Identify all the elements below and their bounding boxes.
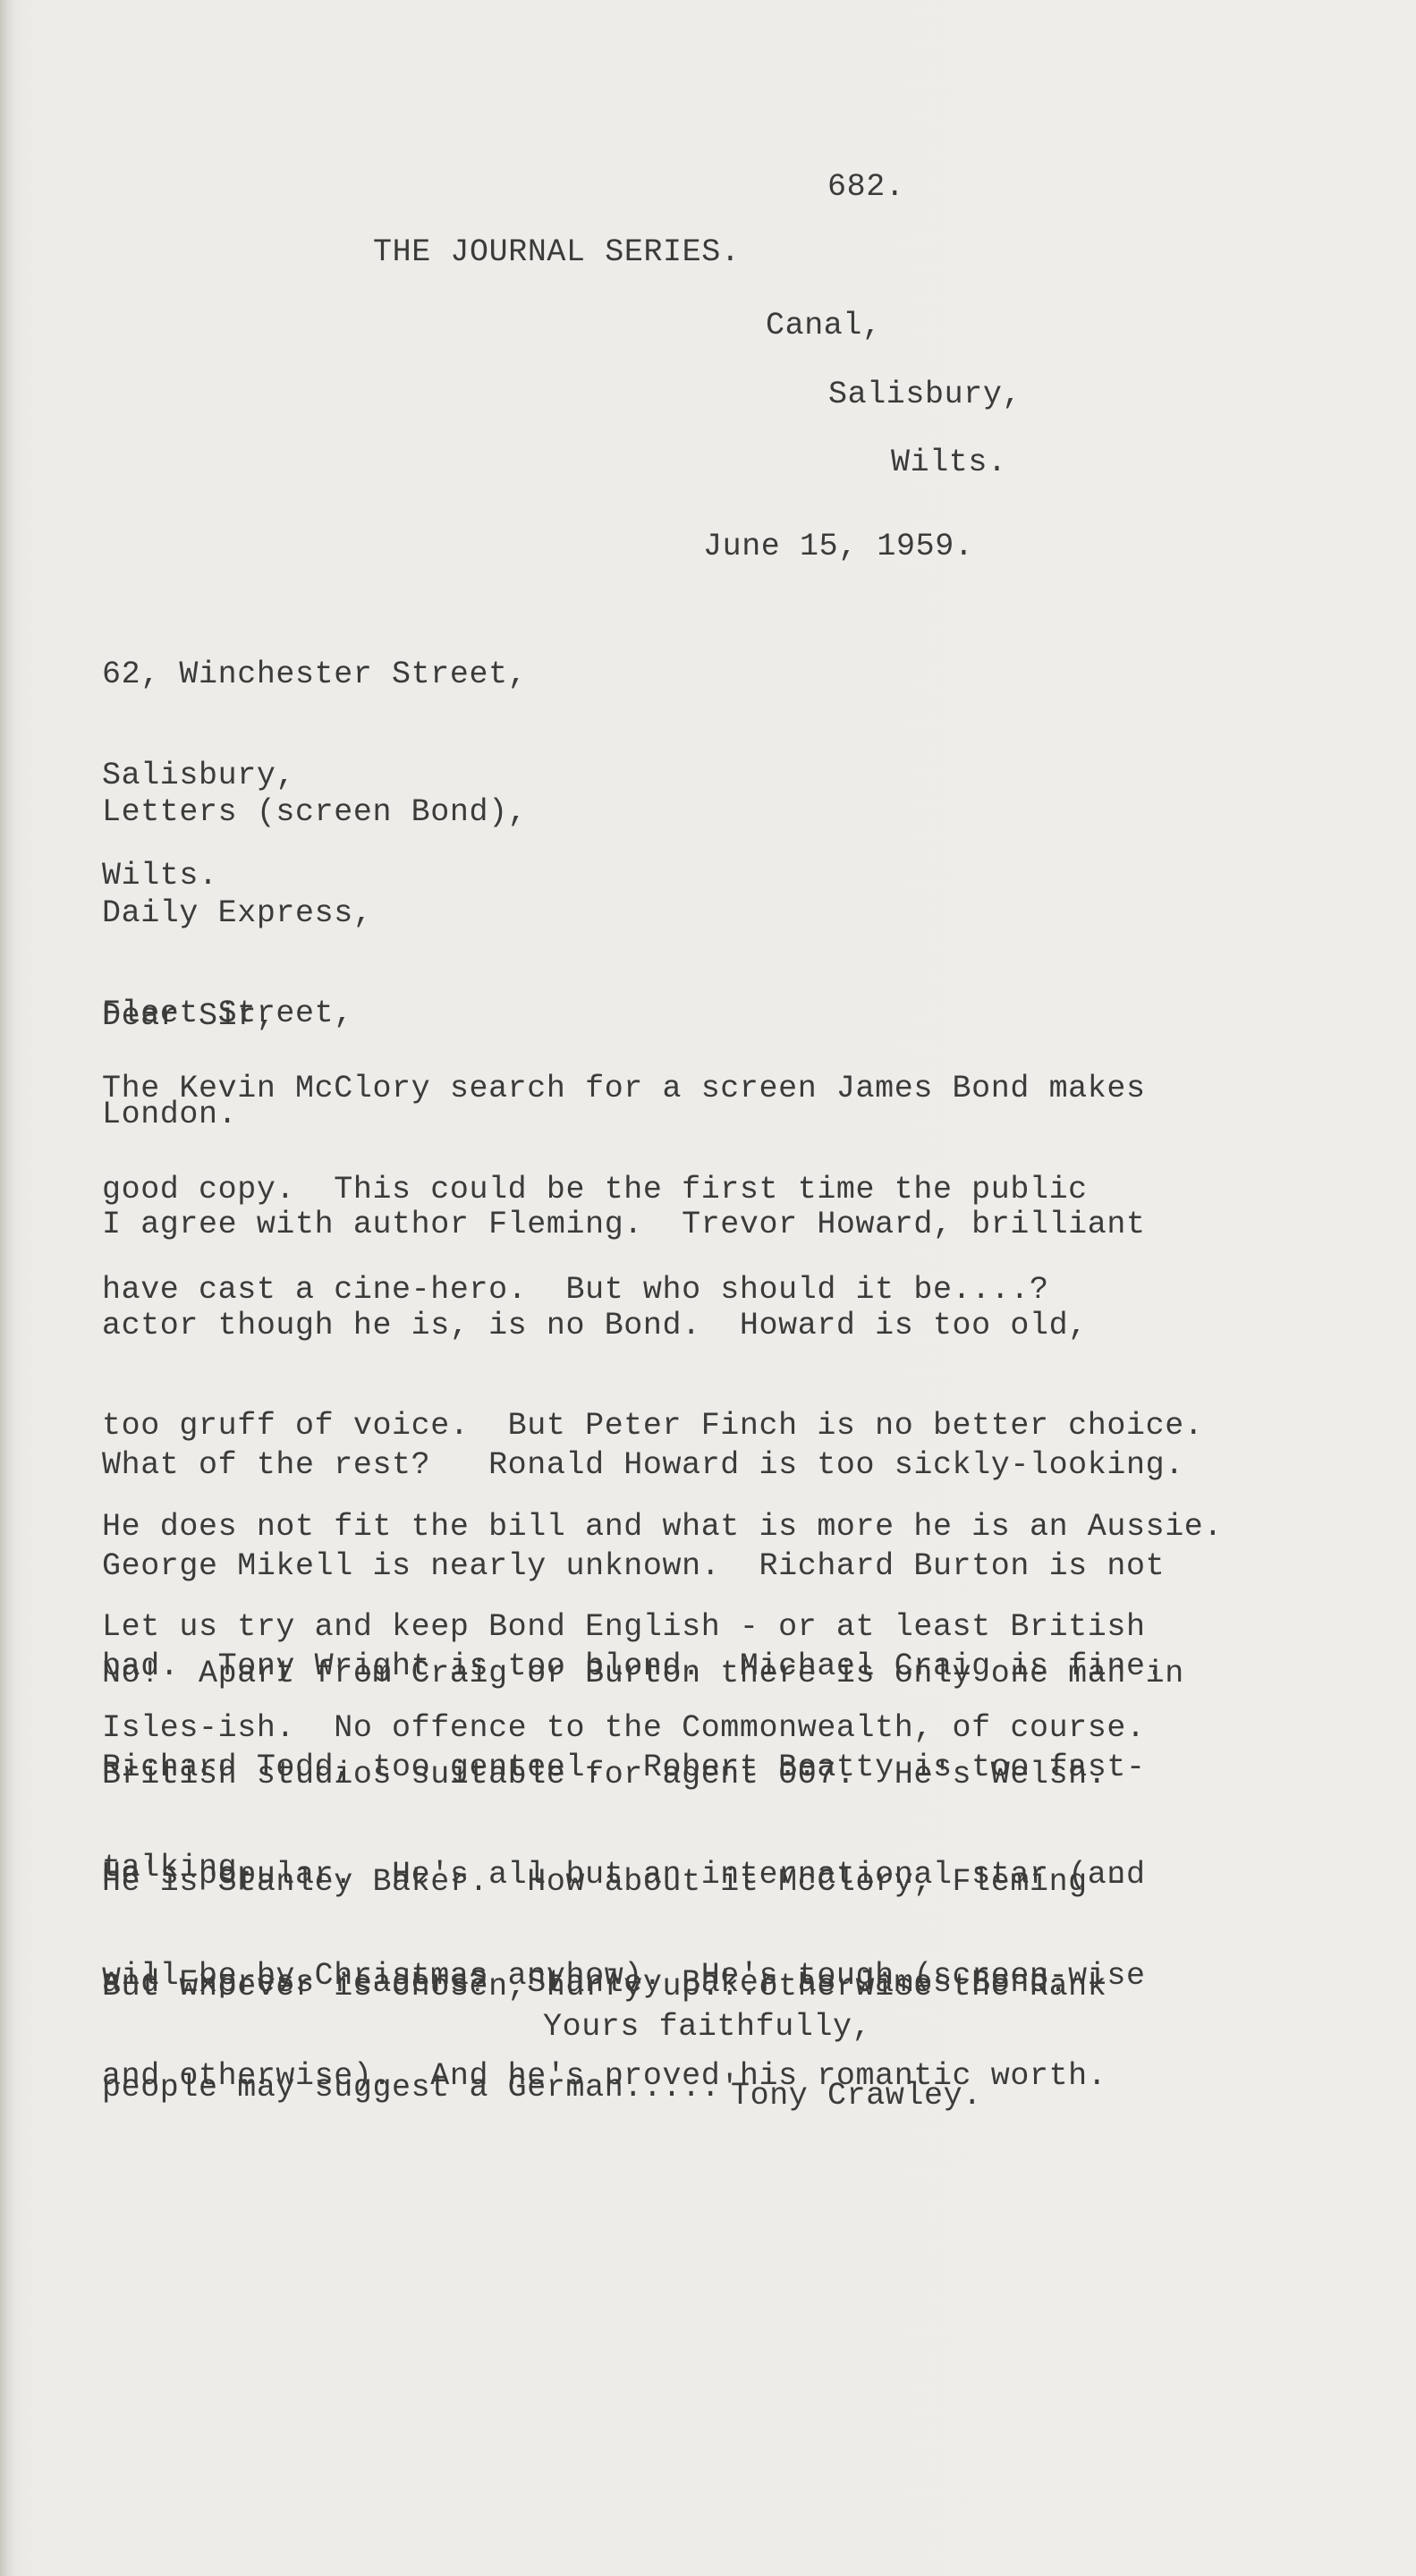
paragraph-line: The Kevin McClory search for a screen Ja…: [102, 1072, 1146, 1106]
paragraph-line: George Mikell is nearly unknown. Richard…: [102, 1550, 1184, 1584]
address-line: Daily Express,: [102, 897, 527, 931]
sender-address-line: Canal,: [766, 309, 882, 343]
paragraph-line: He is Stanley Baker. How about it McClor…: [102, 1866, 1126, 1900]
sender-address-line: Salisbury,: [828, 377, 1022, 411]
paragraph-line: I agree with author Fleming. Trevor Howa…: [102, 1208, 1223, 1242]
paragraph-line: No! Apart from Craig or Burton there is …: [102, 1657, 1184, 1691]
series-title: THE JOURNAL SERIES.: [373, 235, 740, 269]
sender-address-line: Wilts.: [891, 445, 1007, 479]
paragraph-line: actor though he is, is no Bond. Howard i…: [102, 1309, 1223, 1343]
letter-date: June 15, 1959.: [703, 530, 973, 563]
address-line: Letters (screen Bond),: [102, 796, 527, 830]
address-line: 62, Winchester Street,: [102, 658, 527, 692]
closing: Yours faithfully,: [543, 2010, 871, 2044]
paragraph-line: What of the rest? Ronald Howard is too s…: [102, 1449, 1184, 1483]
typewritten-letter-page: 682. THE JOURNAL SERIES. Canal, Salisbur…: [0, 0, 1416, 2576]
signature: Tony Crawley.: [731, 2079, 982, 2113]
paragraph-line: British studios suitable for agent 007. …: [102, 1758, 1184, 1792]
page-number: 682.: [827, 170, 904, 204]
paragraph-line: But whoever is chosen, hurry up...otherw…: [102, 1970, 1107, 2004]
